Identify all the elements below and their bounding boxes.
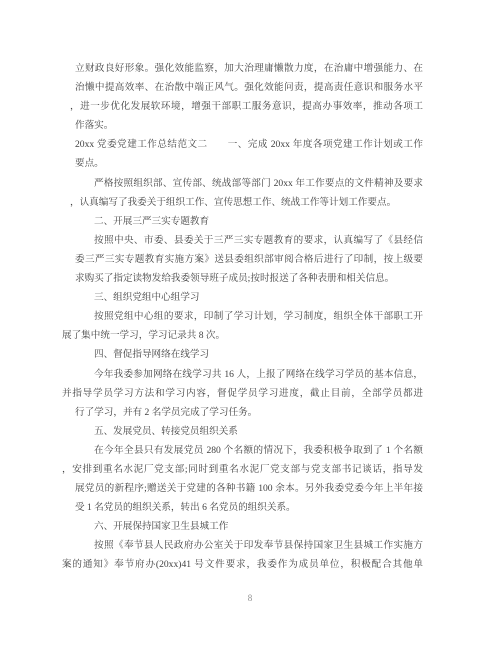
text-line: 委三严三实专题教育实施方案》送县委组织部审阅合格后进行了印制，按上级要 [62,250,423,269]
text-line: 展了集中统一学习，学习记录共 8 次。 [62,326,423,345]
text-line: 立财政良好形象。强化效能监察，加大治理庸懒散力度，在治庸中增强能力、在 [62,59,423,78]
text-line: 严格按照组织部、宣传部、统战部等部门 20xx 年工作要点的文件精神及要求 [62,174,423,193]
text-line: 受 1 名党员的组织关系，转出 6 名党员的组织关系。 [62,498,423,517]
text-line: 案的通知》奉节府办(20xx)41 号文件要求，我委作为成员单位，积极配合其他单 [62,555,423,574]
text-line: 作落实。 [62,116,423,135]
text-line: 按照党组中心组的要求，印制了学习计划，学习制度，组织全体干部职工开 [62,307,423,326]
text-line: 求购买了指定读物发给我委领导班子成员;按时报送了各种表册和相关信息。 [62,269,423,288]
text-line: 六、开展保持国家卫生县城工作 [62,517,423,536]
text-line: ，进一步优化发展软环境，增强干部职工服务意识，提高办事效率，推动各项工 [62,97,423,116]
page-number: 8 [0,592,500,604]
text-line: 展党员的新程序;赠送关于党建的各种书籍 100 余本。另外我委党委今年上半年接 [62,479,423,498]
text-line: 在今年全县只有发展党员 280 个名额的情况下，我委积极争取到了 1 个名额 [62,441,423,460]
text-line: 今年我委参加网络在线学习共 16 人，上报了网络在线学习学员的基本信息， [62,365,423,384]
text-line: 要点。 [62,154,423,173]
text-line: 按照《奉节县人民政府办公室关于印发奉节县保持国家卫生县城工作实施方 [62,536,423,555]
text-line: ，认真编写了我委关于组织工作、宣传思想工作、统战工作等计划工作要点。 [62,193,423,212]
text-line: 三、组织党组中心组学习 [62,288,423,307]
document-body: 立财政良好形象。强化效能监察，加大治理庸懒散力度，在治庸中增强能力、在治懒中提高… [62,59,423,575]
text-line: 四、督促指导网络在线学习 [62,345,423,364]
text-line: 行了学习，并有 2 名学员完成了学习任务。 [62,403,423,422]
document-page: 立财政良好形象。强化效能监察，加大治理庸懒散力度，在治庸中增强能力、在治懒中提高… [0,0,500,647]
text-line: ，安排到重名水泥厂党支部;同时到重名水泥厂党支部与党支部书记谈话，指导发 [62,460,423,479]
text-line: 二、开展三严三实专题教育 [62,212,423,231]
text-line: 按照中央、市委、县委关于三严三实专题教育的要求，认真编写了《县经信 [62,231,423,250]
text-line: 五、发展党员、转接党员组织关系 [62,422,423,441]
text-line: 治懒中提高效率、在治散中端正风气。强化效能问责，提高责任意识和服务水平 [62,78,423,97]
text-line: 并指导学员学习方法和学习内容，督促学员学习进度，截止目前，全部学员都进 [62,384,423,403]
text-line: 20xx 党委党建工作总结范文二 一、完成 20xx 年度各项党建工作计划或工作 [62,135,423,154]
